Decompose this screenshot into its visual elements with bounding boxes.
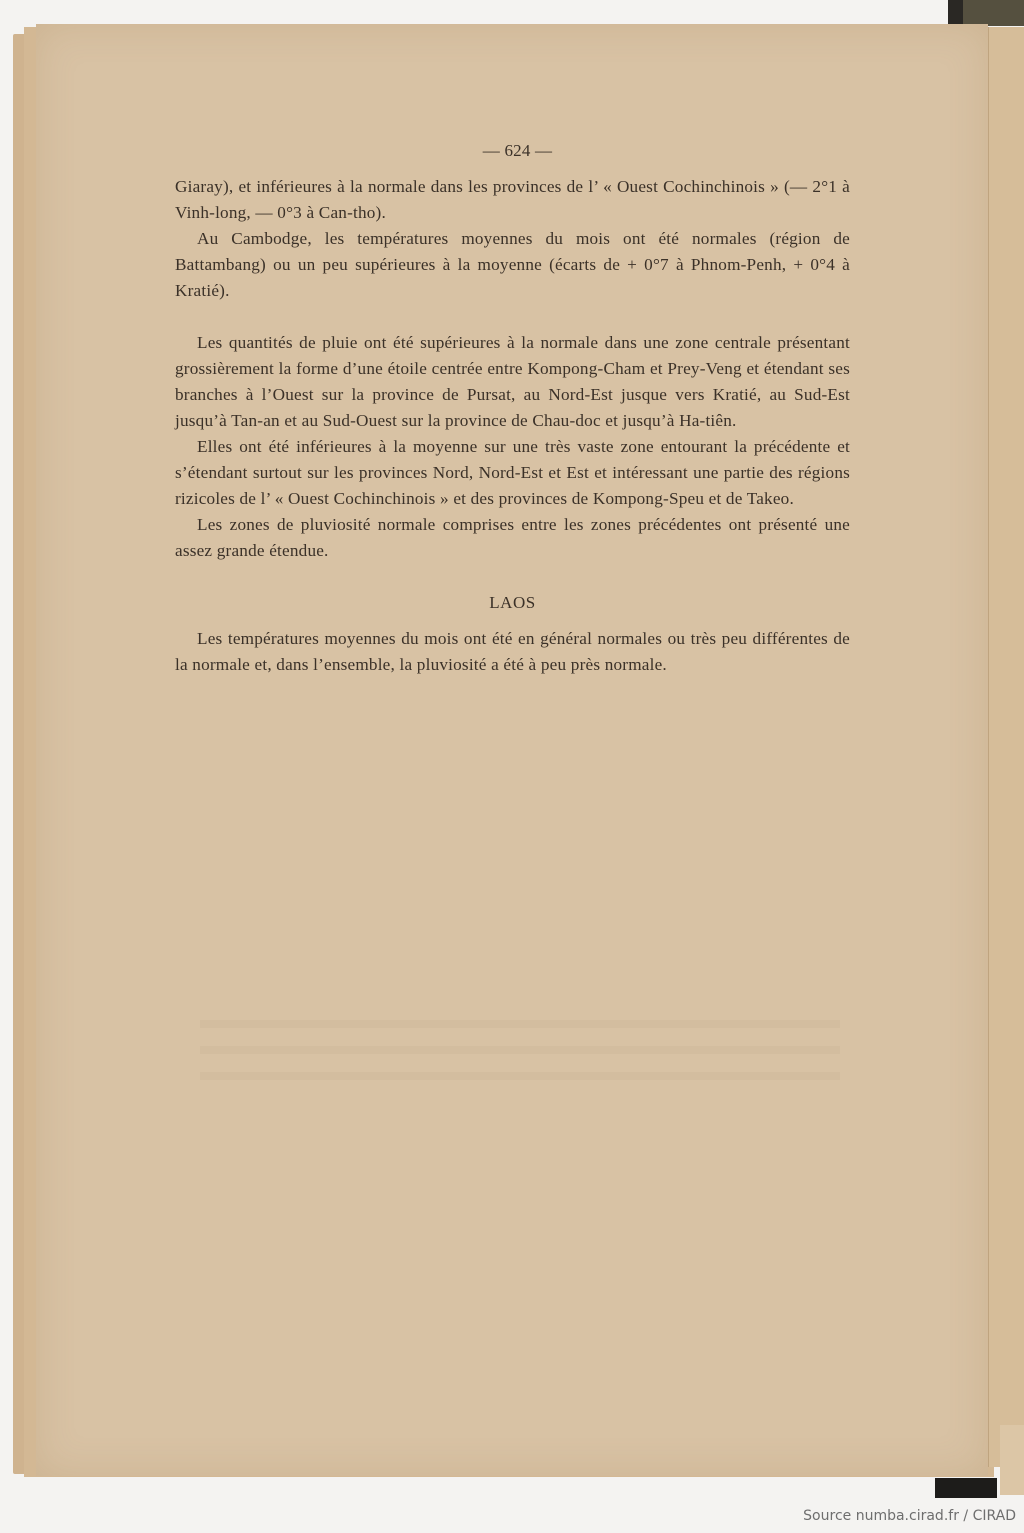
adjacent-page-corner — [1000, 1425, 1024, 1495]
scan-edge-top-right — [948, 0, 1024, 26]
paragraph-gap — [175, 304, 850, 330]
paragraph-laos: Les températures moyennes du mois ont ét… — [175, 626, 850, 678]
page-text: — 624 — Giaray), et inférieures à la nor… — [175, 138, 850, 678]
source-credit: Source numba.cirad.fr / CIRAD — [803, 1508, 1016, 1524]
bleed-through-texture — [200, 1020, 840, 1080]
adjacent-page-edge — [988, 27, 1024, 1467]
section-heading-laos: LAOS — [175, 590, 850, 616]
page-number: — 624 — — [175, 138, 850, 164]
paragraph-rain-below-normal: Elles ont été inférieures à la moyenne s… — [175, 434, 850, 512]
scan-edge-bottom — [935, 1478, 997, 1498]
paragraph-cambodge-temperatures: Au Cambodge, les températures moyennes d… — [175, 226, 850, 304]
paragraph-cochinchine-continued: Giaray), et inférieures à la normale dan… — [175, 174, 850, 226]
paragraph-rain-above-normal: Les quantités de pluie ont été supérieur… — [175, 330, 850, 434]
paragraph-rain-normal-zones: Les zones de pluviosité normale comprise… — [175, 512, 850, 564]
